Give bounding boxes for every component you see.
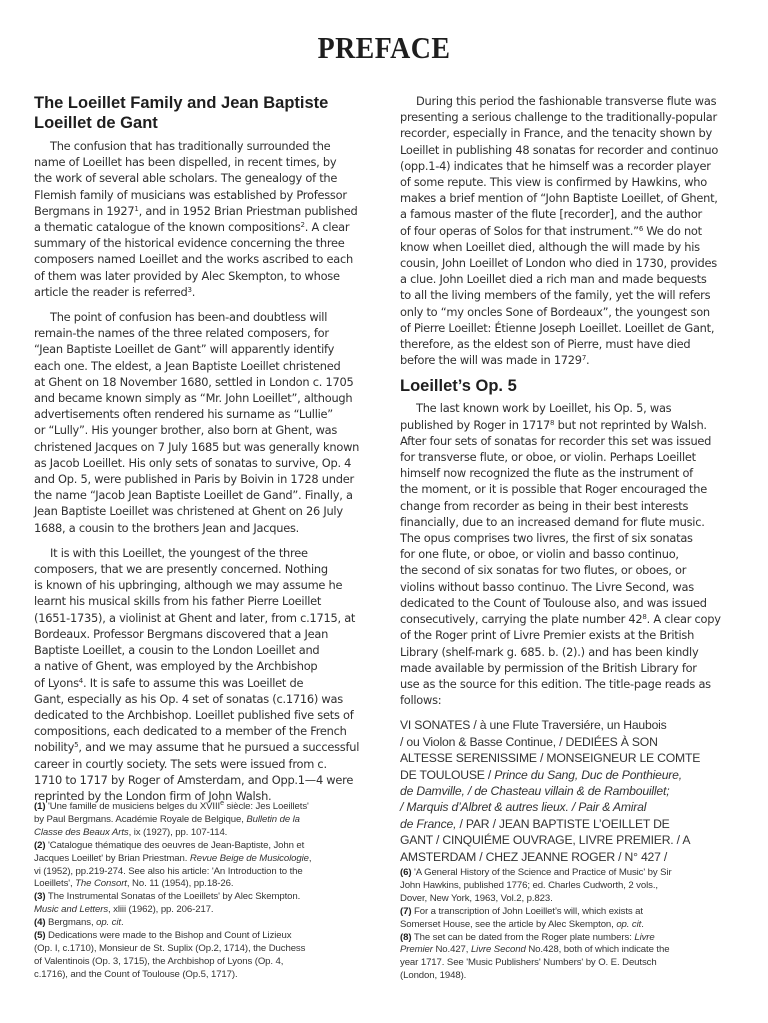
text-line: himself now recognized the flute as the … bbox=[400, 465, 745, 481]
text-line: After four sets of sonatas for recorder … bbox=[400, 433, 745, 449]
section-heading-family: The Loeillet Family and Jean Baptiste Lo… bbox=[34, 93, 379, 133]
footnote-8: (8) The set can be dated from the Roger … bbox=[400, 932, 750, 945]
text-line: of some repute. This view is confirmed b… bbox=[400, 174, 745, 190]
text-line: financially, due to an increased demand … bbox=[400, 514, 745, 530]
text-line: made available by permission of the Brit… bbox=[400, 660, 745, 676]
text-line: or “Lully”. His younger brother, also bo… bbox=[34, 422, 379, 438]
text-line: Flemish family of musicians was establis… bbox=[34, 187, 379, 203]
footnote-6-cont: Dover, New York, 1963, Vol.2, p.823. bbox=[400, 893, 750, 906]
text-line: nobility5, and we may assume that he pur… bbox=[34, 739, 379, 755]
text-line: It is with this Loeillet, the youngest o… bbox=[34, 545, 379, 561]
text-line: The opus comprises two livres, the first… bbox=[400, 530, 745, 546]
text-line: therefore, as the eldest son of Pierre, … bbox=[400, 336, 745, 352]
title-line: DE TOULOUSE / Prince du Sang, Duc de Pon… bbox=[400, 767, 745, 783]
title-line: / ou Violon & Basse Continue, / DEDIÉES … bbox=[400, 734, 745, 750]
text-line: and became known simply as “Mr. John Loe… bbox=[34, 390, 379, 406]
text-line: Gant, especially as his Op. 4 set of son… bbox=[34, 691, 379, 707]
left-footnotes: (1) 'Une famille de musiciens belges du … bbox=[34, 801, 384, 982]
text-line: composers, that we are presently concern… bbox=[34, 561, 379, 577]
text-line: as Jacob Loeillet. His only sets of sona… bbox=[34, 455, 379, 471]
text-line: Loeillet in publishing 48 sonatas for re… bbox=[400, 142, 745, 158]
title-page-transcription: VI SONATES / à une Flute Traversiére, un… bbox=[400, 717, 745, 865]
text-line: (opp.1-4) indicates that he himself was … bbox=[400, 158, 745, 174]
text-line: recorder, especially in France, and the … bbox=[400, 125, 745, 141]
text-line: a famous master of the flute [recorder],… bbox=[400, 206, 745, 222]
text-line: “Jean Baptiste Loeillet de Gant” will ap… bbox=[34, 341, 379, 357]
text-line: of Lyons4. It is safe to assume this was… bbox=[34, 675, 379, 691]
title-line: ALTESSE SERENISSIME / MONSEIGNEUR LE COM… bbox=[400, 750, 745, 766]
text-line: name of Loeillet has been dispelled, in … bbox=[34, 154, 379, 170]
footnote-8-cont: year 1717. See 'Music Publishers' Number… bbox=[400, 957, 750, 970]
text-line: published by Roger in 17178 but not repr… bbox=[400, 417, 745, 433]
text-line: the second of six sonatas for two flutes… bbox=[400, 562, 745, 578]
text-line: is known of his upbringing, although we … bbox=[34, 577, 379, 593]
paragraph-5: The last known work by Loeillet, his Op.… bbox=[400, 400, 745, 708]
text-line: to all the living members of the family,… bbox=[400, 287, 745, 303]
footnote-6-cont: John Hawkins, published 1776; ed. Charle… bbox=[400, 880, 750, 893]
text-line: a clue. John Loeillet died a rich man an… bbox=[400, 271, 745, 287]
footnote-1-cont: by Paul Bergmans. Académie Royale de Bel… bbox=[34, 814, 384, 827]
paragraph-1: The confusion that has traditionally sur… bbox=[34, 138, 379, 300]
text-line: Jean Baptiste Loeillet was christened at… bbox=[34, 503, 379, 519]
title-line: de Damville, / de Chasteau villain & de … bbox=[400, 783, 745, 799]
text-line: before the will was made in 17297. bbox=[400, 352, 745, 368]
footnote-8-cont: Premier No.427, Livre Second No.428, bot… bbox=[400, 944, 750, 957]
footnote-6: (6) 'A General History of the Science an… bbox=[400, 867, 750, 880]
text-line: change from recorder as being in their b… bbox=[400, 498, 745, 514]
text-line: follows: bbox=[400, 692, 745, 708]
text-line: summary of the historical evidence conce… bbox=[34, 235, 379, 251]
footnote-3: (3) The Instrumental Sonatas of the Loei… bbox=[34, 891, 384, 904]
title-line: de France, / PAR / JEAN BAPTISTE L’OEILL… bbox=[400, 816, 745, 832]
text-line: career in courtly society. The sets were… bbox=[34, 756, 379, 772]
text-line: advertisements often rendered his surnam… bbox=[34, 406, 379, 422]
text-line: cousin, John Loeillet of London who died… bbox=[400, 255, 745, 271]
text-line: for one flute, or oboe, or violin and ba… bbox=[400, 546, 745, 562]
footnote-8-cont: (London, 1948). bbox=[400, 970, 750, 983]
footnote-5-cont: (Op. I, c.1710), Monsieur de St. Suplix … bbox=[34, 943, 384, 956]
paragraph-2: The point of confusion has been-and doub… bbox=[34, 309, 379, 536]
text-line: consecutively, carrying the plate number… bbox=[400, 611, 745, 627]
footnote-4: (4) Bergmans, op. cit. bbox=[34, 917, 384, 930]
footnote-7-cont: Somerset House, see the article by Alec … bbox=[400, 919, 750, 932]
heading-line: Loeillet de Gant bbox=[34, 113, 379, 133]
text-line: know when Loeillet died, although the wi… bbox=[400, 239, 745, 255]
left-column: The Loeillet Family and Jean Baptiste Lo… bbox=[34, 93, 379, 804]
title-line: VI SONATES / à une Flute Traversiére, un… bbox=[400, 717, 745, 733]
title-line: AMSTERDAM / CHEZ JEANNE ROGER / N° 427 / bbox=[400, 849, 745, 865]
footnote-7: (7) For a transcription of John Loeillet… bbox=[400, 906, 750, 919]
text-line: of them was later provided by Alec Skemp… bbox=[34, 268, 379, 284]
text-line: 1710 to 1717 by Roger of Amsterdam, and … bbox=[34, 772, 379, 788]
text-line: (1651-1735), a violinist at Ghent and la… bbox=[34, 610, 379, 626]
right-footnotes: (6) 'A General History of the Science an… bbox=[400, 867, 750, 983]
text-line: The last known work by Loeillet, his Op.… bbox=[400, 400, 745, 416]
text-line: article the reader is referred3. bbox=[34, 284, 379, 300]
footnote-1: (1) 'Une famille de musiciens belges du … bbox=[34, 801, 384, 814]
text-line: of four operas of Solos for that instrum… bbox=[400, 223, 745, 239]
right-column: During this period the fashionable trans… bbox=[400, 93, 745, 865]
text-line: Bordeaux. Professor Bergmans discovered … bbox=[34, 626, 379, 642]
text-line: use as the source for this edition. The … bbox=[400, 676, 745, 692]
text-line: Bergmans in 19271, and in 1952 Brian Pri… bbox=[34, 203, 379, 219]
text-line: dedicated to the Archbishop. Loeillet pu… bbox=[34, 707, 379, 723]
footnote-3-cont: Music and Letters, xliii (1962), pp. 206… bbox=[34, 904, 384, 917]
text-line: During this period the fashionable trans… bbox=[400, 93, 745, 109]
text-line: each one. The eldest, a Jean Baptiste Lo… bbox=[34, 358, 379, 374]
text-line: the moment, or it is possible that Roger… bbox=[400, 481, 745, 497]
text-line: at Ghent on 18 November 1680, settled in… bbox=[34, 374, 379, 390]
footnote-2: (2) 'Catalogue thématique des oeuvres de… bbox=[34, 840, 384, 853]
title-line: GANT / CINQUIÉME OUVRAGE, LIVRE PREMIER.… bbox=[400, 832, 745, 848]
text-line: Baptiste Loeillet, a cousin to the Londo… bbox=[34, 642, 379, 658]
page-title: PREFACE bbox=[38, 30, 729, 66]
footnote-2-cont: vi (1952), pp.219-274. See also his arti… bbox=[34, 866, 384, 879]
paragraph-3: It is with this Loeillet, the youngest o… bbox=[34, 545, 379, 804]
text-line: a native of Ghent, was employed by the A… bbox=[34, 658, 379, 674]
title-line: / Marquis d’Albret & autres lieux. / Pai… bbox=[400, 799, 745, 815]
text-line: a thematic catalogue of the known compos… bbox=[34, 219, 379, 235]
heading-line: The Loeillet Family and Jean Baptiste bbox=[34, 93, 379, 113]
footnote-5: (5) Dedications were made to the Bishop … bbox=[34, 930, 384, 943]
text-line: composers named Loeillet and the works a… bbox=[34, 251, 379, 267]
text-line: The confusion that has traditionally sur… bbox=[34, 138, 379, 154]
text-line: dedicated to the Count of Toulouse also,… bbox=[400, 595, 745, 611]
paragraph-4: During this period the fashionable trans… bbox=[400, 93, 745, 368]
text-line: of the Roger print of Livre Premier exis… bbox=[400, 627, 745, 643]
text-line: The point of confusion has been-and doub… bbox=[34, 309, 379, 325]
text-line: 1688, a cousin to the brothers Jean and … bbox=[34, 520, 379, 536]
text-line: the name “Jacob Jean Baptiste Loeillet d… bbox=[34, 487, 379, 503]
text-line: presenting a serious challenge to the tr… bbox=[400, 109, 745, 125]
text-line: compositions, each dedicated to a member… bbox=[34, 723, 379, 739]
text-line: Library (shelf-mark g. 685. b. (2).) and… bbox=[400, 644, 745, 660]
footnote-5-cont: c.1716), and the Count of Toulouse (Op.5… bbox=[34, 969, 384, 982]
footnote-2-cont: Loeillets', The Consort, No. 11 (1954), … bbox=[34, 878, 384, 891]
text-line: for transverse flute, or oboe, or violin… bbox=[400, 449, 745, 465]
footnote-2-cont: Jacques Loeillet' by Brian Priestman. Re… bbox=[34, 853, 384, 866]
text-line: of Pierre Loeillet: Étienne Joseph Loeil… bbox=[400, 320, 745, 336]
footnote-1-cont: Classe des Beaux Arts, ix (1927), pp. 10… bbox=[34, 827, 384, 840]
footnote-5-cont: of Valentinois (Op. 3, 1715), the Archbi… bbox=[34, 956, 384, 969]
text-line: and Op. 5, were published in Paris by Bo… bbox=[34, 471, 379, 487]
section-heading-op5: Loeillet’s Op. 5 bbox=[400, 376, 745, 396]
text-line: christened Jacques on 7 July 1685 but wa… bbox=[34, 439, 379, 455]
text-line: makes a brief mention of “John Baptiste … bbox=[400, 190, 745, 206]
text-line: violins without basso continuo. The Livr… bbox=[400, 579, 745, 595]
text-line: remain-the names of the three related co… bbox=[34, 325, 379, 341]
text-line: learnt his musical skills from his fathe… bbox=[34, 593, 379, 609]
text-line: the work of several able scholars. The g… bbox=[34, 170, 379, 186]
text-line: only to “my oncles Sone of Bordeaux”, th… bbox=[400, 304, 745, 320]
